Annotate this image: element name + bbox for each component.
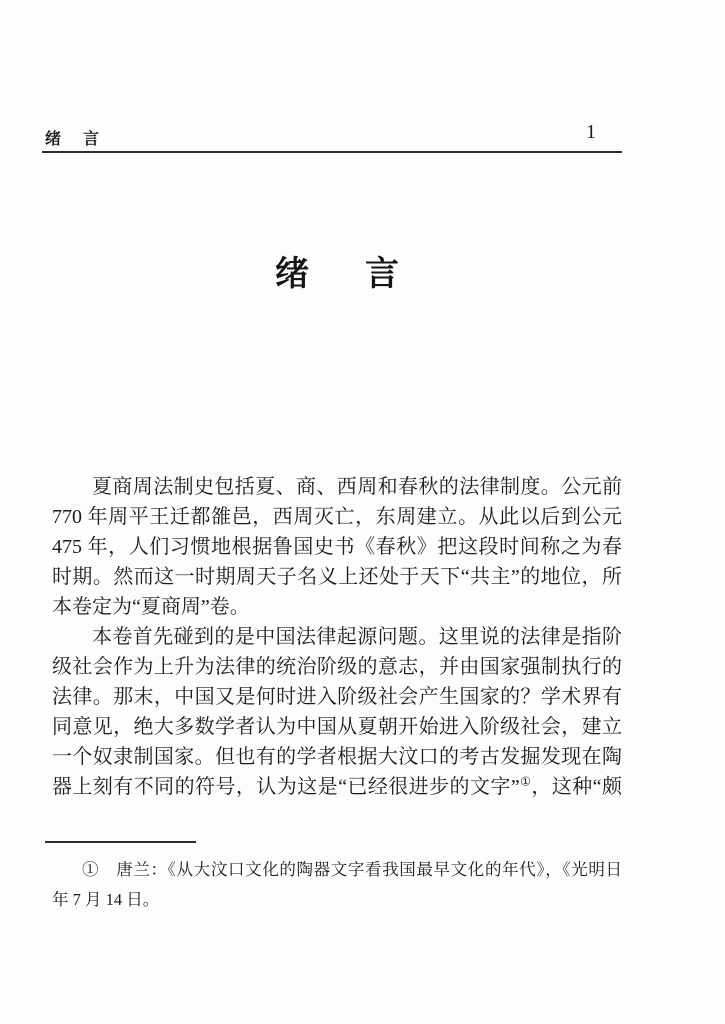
body-line-text: ，这种“颇 [531,776,622,798]
body-line: 一个奴隶制国家。但也有的学者根据大汶口的考古发掘发现在陶 [52,742,622,772]
body-line: 同意见，绝大多数学者认为中国从夏朝开始进入阶级社会，建立第 [52,712,622,742]
body-line: 时期。然而这一时期周天子名义上还处于天下“共主”的地位，所以 [52,562,622,592]
chapter-title-char-left: 绪 [275,254,309,296]
running-head: 绪 言 [45,126,104,152]
header-rule [42,151,622,153]
body-line: 475 年，人们习惯地根据鲁国史书《春秋》把这段时间称之为春秋 [52,532,622,562]
body-line: 级社会作为上升为法律的统治阶级的意志，并由国家强制执行的 [52,652,622,682]
body-text: 夏商周法制史包括夏、商、西周和春秋的法律制度。公元前 770 年周平王迁都雒邑，… [52,472,622,802]
scanned-book-page: 绪 言 1 绪 言 夏商周法制史包括夏、商、西周和春秋的法律制度。公元前 770… [0,0,725,1024]
page-number: 1 [586,121,596,144]
body-line: 夏商周法制史包括夏、商、西周和春秋的法律制度。公元前 [52,472,622,502]
body-line: 770 年周平王迁都雒邑，西周灭亡，东周建立。从此以后到公元前 [52,502,622,532]
body-line-with-footnote-ref: 器上刻有不同的符号，认为这是“已经很进步的文字”①，这种“颇 [52,772,622,802]
body-line: 本卷定为“夏商周”卷。 [52,592,622,622]
chapter-title-char-right: 言 [365,254,399,296]
footnote-line: 年 7 月 14 日。 [52,885,622,915]
footnote-separator [45,841,196,843]
footnote: ① 唐兰：《从大汶口文化的陶器文字看我国最早文化的年代》，《光明日报》1977 … [52,855,622,915]
body-line: 法律。那末，中国又是何时进入阶级社会产生国家的？学术界有不 [52,682,622,712]
chapter-title: 绪 言 [52,254,622,296]
body-line-text: 器上刻有不同的符号，认为这是“已经很进步的文字” [52,776,520,798]
body-line: 本卷首先碰到的是中国法律起源问题。这里说的法律是指阶 [52,622,622,652]
footnote-reference-marker: ① [520,774,532,788]
footnote-line: ① 唐兰：《从大汶口文化的陶器文字看我国最早文化的年代》，《光明日报》1977 [52,855,622,885]
